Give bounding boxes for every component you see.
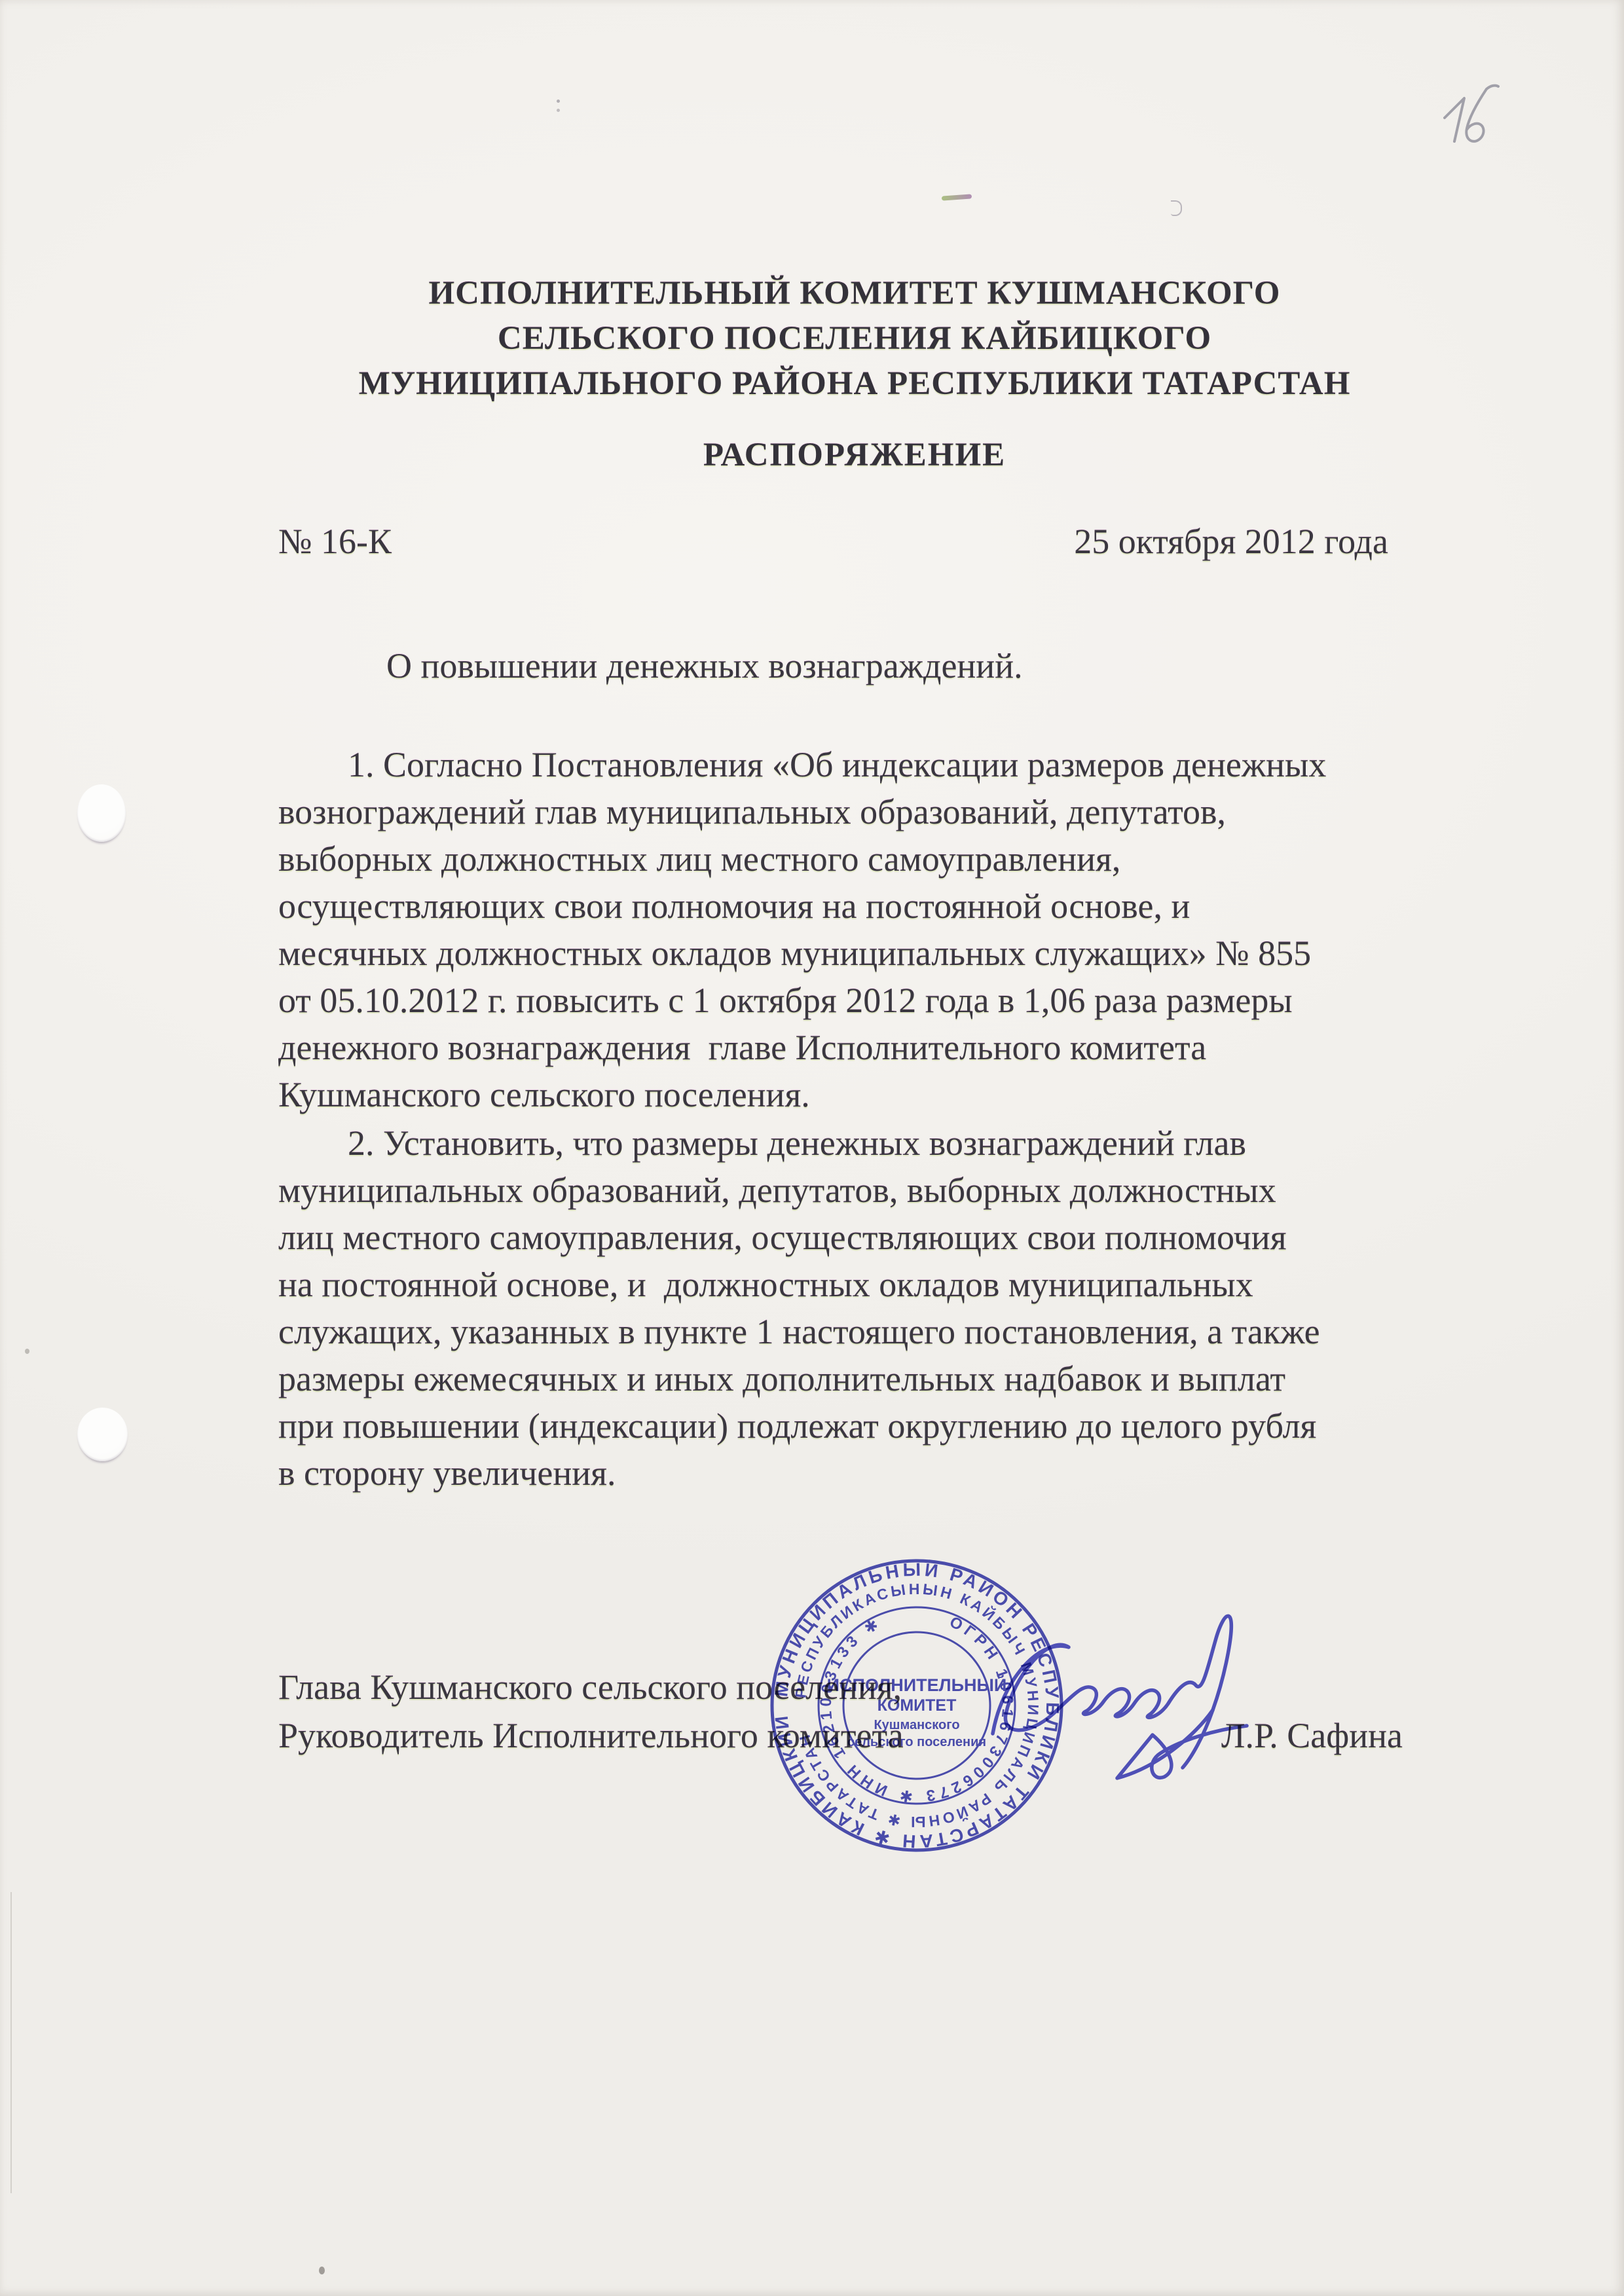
signature-ink [969, 1571, 1283, 1807]
paragraph-2: 2. Установить, что размеры денежных возн… [278, 1120, 1431, 1497]
pencil-page-number [1421, 77, 1565, 169]
meta-row: № 16-К 25 октября 2012 года [278, 521, 1388, 562]
punch-hole [77, 1408, 128, 1461]
document-page: ИСПОЛНИТЕЛЬНЫЙ КОМИТЕТ КУШМАНСКОГОСЕЛЬСК… [0, 0, 1624, 2296]
text-line: 1. Согласно Постановления «Об индексации… [278, 741, 1431, 788]
subject-line: О повышении денежных вознаграждений. [386, 646, 1023, 686]
stamp-center-line-3: Кушманского [874, 1718, 959, 1732]
stamp-center-line-4: сельского поселения [847, 1735, 986, 1749]
text-line: осуществляющих свои полномочия на постоя… [278, 883, 1431, 930]
scan-speck [557, 100, 560, 103]
text-line: МУНИЦИПАЛЬНОГО РАЙОНА РЕСПУБЛИКИ ТАТАРСТ… [85, 361, 1624, 407]
paragraph-1: 1. Согласно Постановления «Об индексации… [278, 741, 1431, 1118]
text-line: денежного вознаграждения главе Исполните… [278, 1024, 1431, 1071]
text-line: месячных должностных окладов муниципальн… [278, 930, 1431, 977]
scan-speck [319, 2267, 325, 2274]
doc-date: 25 октября 2012 года [1074, 521, 1388, 562]
text-line: выборных должностных лиц местного самоуп… [278, 835, 1431, 883]
text-line: СЕЛЬСКОГО ПОСЕЛЕНИЯ КАЙБИЦКОГО [85, 316, 1624, 361]
text-line: служащих, указанных в пункте 1 настоящег… [278, 1308, 1431, 1355]
text-line: от 05.10.2012 г. повысить с 1 октября 20… [278, 977, 1431, 1024]
stamp-center-line-2: КОМИТЕТ [877, 1696, 957, 1715]
doc-number: № 16-К [278, 521, 392, 562]
text-line: лиц местного самоуправления, осуществляю… [278, 1214, 1431, 1261]
scan-mark [1171, 200, 1182, 216]
paper-crease [10, 1892, 12, 2193]
pencil-digit-6 [1466, 86, 1498, 141]
doc-type-title: РАСПОРЯЖЕНИЕ [85, 436, 1624, 474]
text-line: ИСПОЛНИТЕЛЬНЫЙ КОМИТЕТ КУШМАНСКОГО [85, 271, 1624, 316]
text-line: размеры ежемесячных и иных дополнительны… [278, 1355, 1431, 1402]
scan-smudge [942, 194, 972, 200]
text-line: вознограждений глав муниципальных образо… [278, 788, 1431, 835]
org-header: ИСПОЛНИТЕЛЬНЫЙ КОМИТЕТ КУШМАНСКОГОСЕЛЬСК… [85, 271, 1624, 407]
text-line: на постоянной основе, и должностных окла… [278, 1261, 1431, 1308]
scan-speck [25, 1349, 29, 1354]
text-line: 2. Установить, что размеры денежных возн… [278, 1120, 1431, 1167]
text-line: муниципальных образований, депутатов, вы… [278, 1167, 1431, 1214]
text-line: Кушманского сельского поселения. [278, 1071, 1431, 1118]
punch-hole [77, 784, 126, 842]
text-line: в сторону увеличения. [278, 1449, 1431, 1497]
pencil-digit-1 [1445, 98, 1464, 141]
text-line: при повышении (индексации) подлежат окру… [278, 1402, 1431, 1449]
